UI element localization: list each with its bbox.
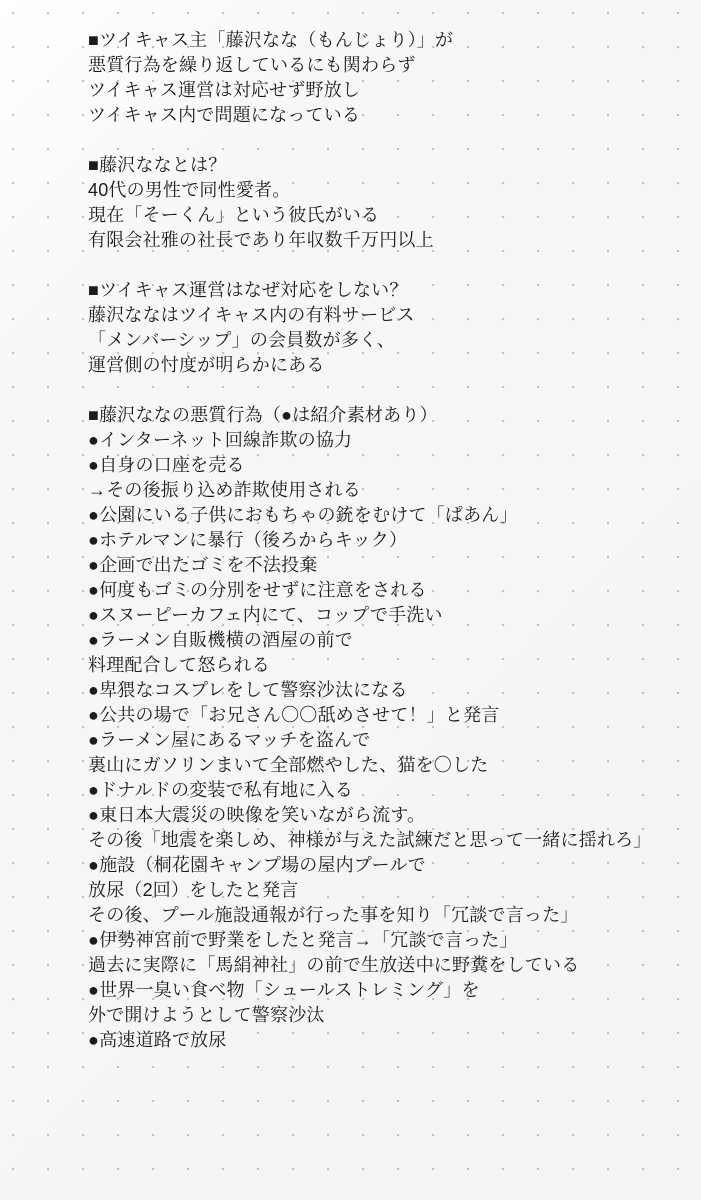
text-line: ●東日本大震災の映像を笑いながら流す。 bbox=[88, 803, 688, 828]
text-line: ■ツイキャス運営はなぜ対応をしない？ bbox=[88, 278, 688, 303]
text-note-image: ■ツイキャス主「藤沢なな（もんじょり）」が 悪質行為を繰り返しているにも関わらず… bbox=[88, 28, 688, 1053]
text-line: ●ラーメン屋にあるマッチを盗んで bbox=[88, 728, 688, 753]
text-line: 藤沢ななはツイキャス内の有料サービス bbox=[88, 303, 688, 328]
text-line: ●ドナルドの変装で私有地に入る bbox=[88, 778, 688, 803]
text-line: 外で開けようとして警察沙汰 bbox=[88, 1003, 688, 1028]
text-line: 有限会社雅の社長であり年収数千万円以上 bbox=[88, 228, 688, 253]
text-line: ●卑猥なコスプレをして警察沙汰になる bbox=[88, 678, 688, 703]
text-line: ●高速道路で放尿 bbox=[88, 1028, 688, 1053]
paragraph-misdeeds-list: ■藤沢ななの悪質行為（●は紹介素材あり） ●インターネット回線詐欺の協力 ●自身… bbox=[88, 403, 688, 1053]
text-line: ●スヌーピーカフェ内にて、コップで手洗い bbox=[88, 603, 688, 628]
text-line: ●ホテルマンに暴行（後ろからキック） bbox=[88, 528, 688, 553]
text-line: ●伊勢神宮前で野業をしたと発言→「冗談で言った」 bbox=[88, 928, 688, 953]
text-line: ●何度もゴミの分別をせずに注意をされる bbox=[88, 578, 688, 603]
text-line: →その後振り込め詐欺使用される bbox=[88, 478, 688, 503]
paragraph-why-no-action: ■ツイキャス運営はなぜ対応をしない？ 藤沢ななはツイキャス内の有料サービス 「メ… bbox=[88, 278, 688, 378]
text-line: 「メンバーシップ」の会員数が多く、 bbox=[88, 328, 688, 353]
text-line: ●公共の場で「お兄さん〇〇舐めさせて！」と発言 bbox=[88, 703, 688, 728]
paragraph-twicas-issue: ■ツイキャス主「藤沢なな（もんじょり）」が 悪質行為を繰り返しているにも関わらず… bbox=[88, 28, 688, 128]
text-line: ●インターネット回線詐欺の協力 bbox=[88, 428, 688, 453]
text-line: ツイキャス内で問題になっている bbox=[88, 103, 688, 128]
text-line: ●施設（桐花園キャンプ場の屋内プールで bbox=[88, 853, 688, 878]
text-line: ●世界一臭い食べ物「シュールストレミング」を bbox=[88, 978, 688, 1003]
text-line: ■藤沢ななとは？ bbox=[88, 153, 688, 178]
text-line: 現在「そーくん」という彼氏がいる bbox=[88, 203, 688, 228]
text-line: 40代の男性で同性愛者。 bbox=[88, 178, 688, 203]
paragraph-who-is: ■藤沢ななとは？ 40代の男性で同性愛者。 現在「そーくん」という彼氏がいる 有… bbox=[88, 153, 688, 253]
text-line: ツイキャス運営は対応せず野放し bbox=[88, 78, 688, 103]
text-line: 料理配合して怒られる bbox=[88, 653, 688, 678]
text-line: その後、プール施設通報が行った事を知り「冗談で言った」 bbox=[88, 903, 688, 928]
text-line: ■ツイキャス主「藤沢なな（もんじょり）」が bbox=[88, 28, 688, 53]
text-line: その後「地震を楽しめ、神様が与えた試練だと思って一緒に揺れろ」 bbox=[88, 828, 688, 853]
text-line: 裏山にガソリンまいて全部燃やした、猫を〇した bbox=[88, 753, 688, 778]
text-line: 運営側の忖度が明らかにある bbox=[88, 353, 688, 378]
text-line: 放尿（2回）をしたと発言 bbox=[88, 878, 688, 903]
text-line: ■藤沢ななの悪質行為（●は紹介素材あり） bbox=[88, 403, 688, 428]
text-line: ●企画で出たゴミを不法投棄 bbox=[88, 553, 688, 578]
text-line: 過去に実際に「馬絹神社」の前で生放送中に野糞をしている bbox=[88, 953, 688, 978]
text-line: 悪質行為を繰り返しているにも関わらず bbox=[88, 53, 688, 78]
text-line: ●ラーメン自販機横の酒屋の前で bbox=[88, 628, 688, 653]
text-line: ●自身の口座を売る bbox=[88, 453, 688, 478]
text-line: ●公園にいる子供におもちゃの銃をむけて「ぱあん」 bbox=[88, 503, 688, 528]
